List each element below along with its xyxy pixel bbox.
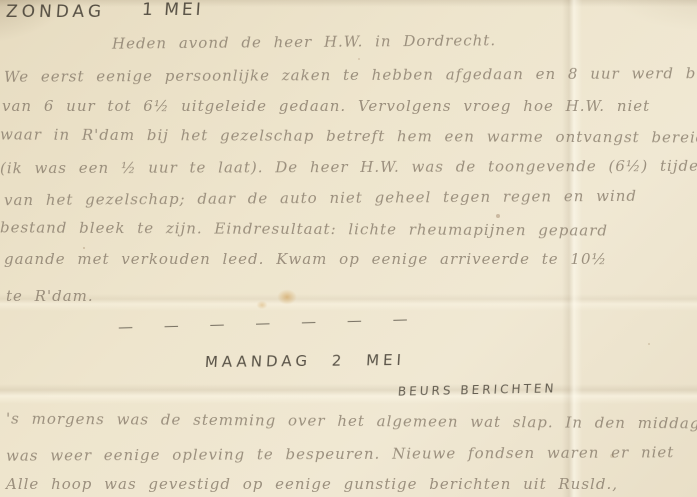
handwritten-line: gaande met verkouden leed. Kwam op eenig…	[4, 250, 607, 268]
entry1-date-heading: 1 MEI	[141, 0, 204, 20]
handwritten-line: (ik was een ½ uur te laat). De heer H.W.…	[0, 157, 697, 178]
handwritten-line: We eerst eenige persoonlijke zaken te he…	[4, 64, 697, 86]
entry1-day-heading: ZONDAG	[5, 2, 105, 22]
entry2-subheading: BEURS BERICHTEN	[397, 381, 557, 398]
letter-page: ZONDAG 1 MEI Heden avond de heer H.W. in…	[0, 0, 697, 497]
handwritten-line: 's morgens was de stemming over het alge…	[6, 410, 697, 433]
handwritten-line: bestand bleek te zijn. Eindresultaat: li…	[0, 218, 608, 239]
handwritten-line: waar in R'dam bij het gezelschap betreft…	[0, 125, 697, 146]
handwritten-line: van 6 uur tot 6½ uitgeleide gedaan. Verv…	[2, 97, 650, 115]
handwritten-line: van het gezelschap; daar de auto niet ge…	[4, 187, 637, 209]
handwritten-line: Alle hoop was gevestigd op eenige gunsti…	[6, 475, 618, 493]
handwritten-line: te R'dam.	[6, 287, 94, 305]
entry2-heading: MAANDAG 2 MEI	[204, 351, 405, 371]
handwritten-line: was weer eenige opleving te bespeuren. N…	[6, 443, 674, 464]
handwritten-line: Heden avond de heer H.W. in Dordrecht.	[112, 31, 496, 52]
section-divider: — — — — — — —	[118, 310, 410, 336]
paper-specks	[0, 0, 2, 2]
